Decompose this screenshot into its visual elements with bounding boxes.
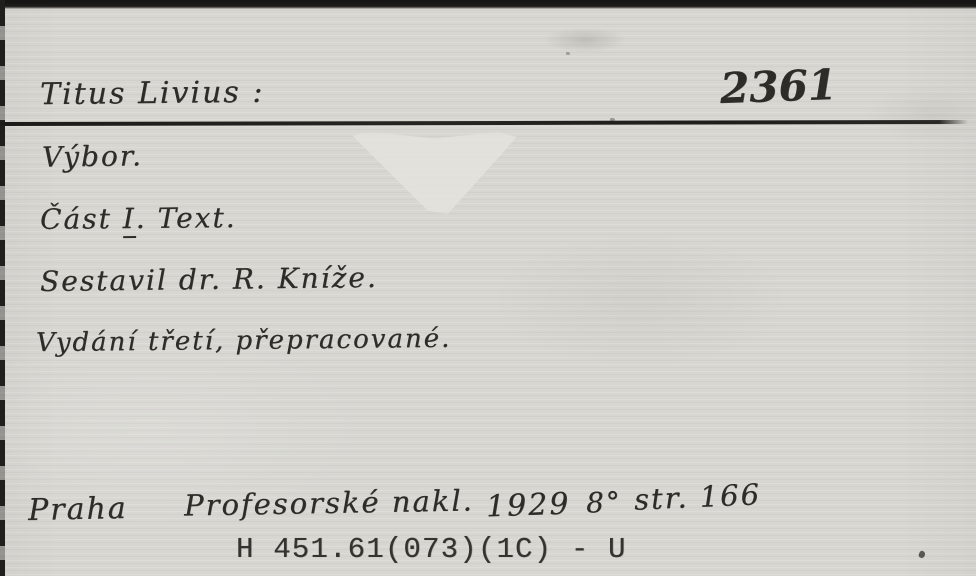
title-line: Výbor. <box>42 139 143 173</box>
scan-top-edge <box>0 0 976 9</box>
imprint-place: Praha <box>28 491 128 528</box>
imprint-format: 8° <box>585 485 622 519</box>
part-roman-numeral: I <box>122 202 135 238</box>
whiteout-patch <box>352 132 517 214</box>
ink-speck <box>918 550 926 559</box>
compiler-line: Sestavil dr. R. Kníže. <box>40 261 378 298</box>
imprint-publisher: Profesorské nakl. <box>184 483 474 522</box>
ink-speck <box>610 118 615 121</box>
catalog-number: 2361 <box>719 60 838 113</box>
catalog-card-scan: Titus Livius : 2361 Výbor. Část I. Text.… <box>0 0 976 576</box>
part-line: Část I. Text. <box>40 201 237 236</box>
scan-left-edge <box>0 0 5 576</box>
edition-line: Vydání třetí, přepracované. <box>36 324 452 358</box>
card-heading-author: Titus Livius : <box>40 75 265 112</box>
imprint-year: 1929 <box>485 487 571 525</box>
part-line-prefix: Část <box>40 202 123 236</box>
call-number: H 451.61(073)(1C) - U <box>236 533 627 566</box>
ink-speck <box>566 52 570 55</box>
part-line-suffix: . Text. <box>136 201 237 235</box>
header-divider-line <box>0 120 968 126</box>
imprint-pages: str. 166 <box>633 477 761 517</box>
